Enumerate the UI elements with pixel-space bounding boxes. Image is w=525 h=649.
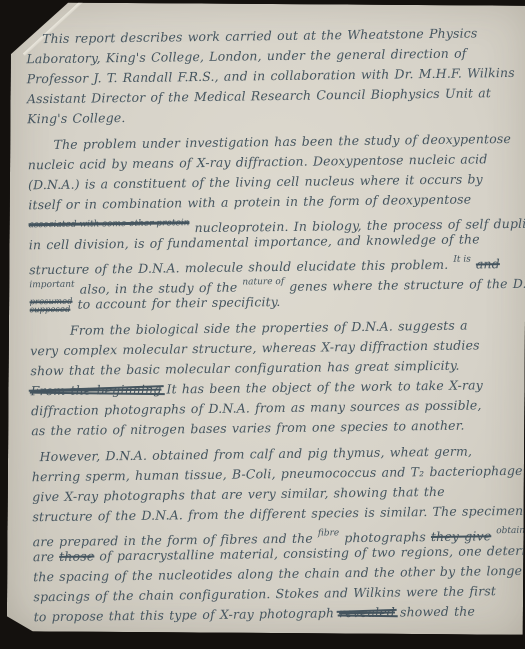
handwritten-text: show that the basic molecular configurat…: [30, 358, 459, 379]
handwritten-text: This report describes work carried out a…: [42, 25, 477, 46]
handwritten-text: herring sperm, human tissue, B-Coli, pne…: [32, 463, 523, 484]
handwritten-text: to propose that this type of X-ray photo…: [34, 605, 335, 624]
crossed-out-text: those: [59, 548, 94, 563]
handwritten-text: very complex molecular structure, wherea…: [30, 337, 480, 358]
handwritten-text: King's College.: [27, 110, 126, 126]
handwritten-text: diffraction photographs of D.N.A. from a…: [31, 397, 482, 418]
handwritten-text: It has been the object of the work to ta…: [166, 377, 483, 396]
handwritten-text: of paracrystalline material, consisting …: [99, 542, 525, 563]
handwritten-text: showed the: [400, 603, 475, 619]
paragraph: However, D.N.A. obtained from calf and p…: [31, 441, 525, 627]
interline-insertion: obtained from them: [496, 525, 525, 536]
handwritten-text: Laboratory, King's College, London, unde…: [26, 46, 466, 67]
manuscript-text: This report describes work carried out a…: [26, 23, 525, 633]
interline-insertion: fibre: [318, 528, 340, 538]
paragraph: The problem under investigation has been…: [27, 129, 524, 315]
document-scan: This report describes work carried out a…: [0, 0, 525, 649]
handwritten-text: spacings of the chain configuration. Sto…: [33, 583, 496, 604]
handwritten-text: give X-ray photographs that are very sim…: [32, 484, 445, 504]
crossed-out-text: revealed: [339, 605, 395, 621]
interline-insertion: important: [29, 280, 74, 291]
paragraph: From the biological side the properties …: [30, 315, 525, 441]
crossed-out-text: From the beginning: [31, 382, 162, 399]
crossed-out-text: associated with some other protein: [29, 218, 190, 230]
handwritten-text: in cell division, is of fundamental impo…: [29, 231, 480, 252]
handwritten-text: nucleic acid by means of X-ray diffracti…: [28, 151, 488, 172]
handwritten-text: Assistant Director of the Medical Resear…: [27, 85, 491, 106]
handwritten-text: are: [33, 549, 54, 564]
handwritten-text: genes where the structure of the D.N.A. …: [289, 274, 525, 294]
stacked-crossed-out-words: presumedsupposed: [30, 297, 73, 315]
handwritten-text: The problem under investigation has been…: [53, 131, 511, 152]
interline-insertion: nature of: [242, 277, 284, 288]
handwritten-text: itself or in combination with a protein …: [28, 191, 471, 212]
interline-insertion: It is: [453, 255, 471, 265]
paragraph: This report describes work carried out a…: [26, 23, 522, 129]
handwritten-text: From the biological side the properties …: [70, 318, 468, 338]
handwritten-text: as the ratio of nitrogen bases varies fr…: [31, 418, 464, 439]
manuscript-page: This report describes work carried out a…: [7, 2, 525, 635]
handwritten-text: to account for their specificity.: [77, 294, 280, 312]
handwritten-text: (D.N.A.) is a constituent of the living …: [28, 171, 483, 192]
handwritten-text: However, D.N.A. obtained from calf and p…: [40, 444, 473, 465]
